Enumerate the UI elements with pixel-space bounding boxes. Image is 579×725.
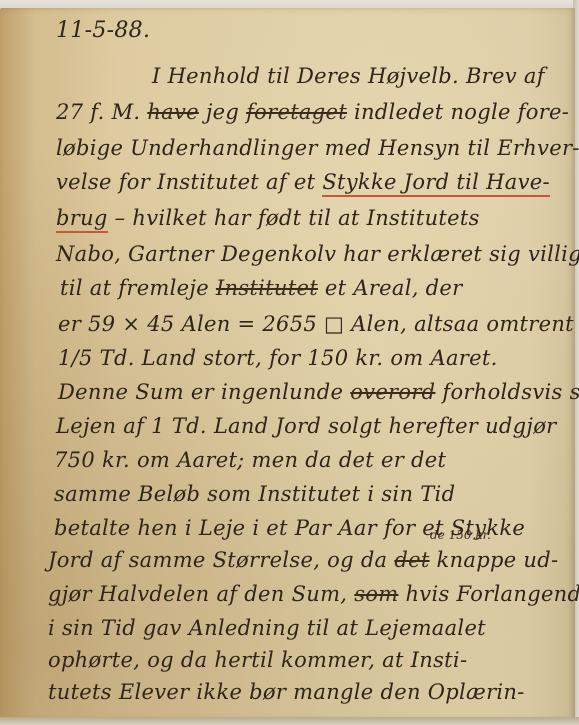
line-text: gjør Halvdelen af den Sum,	[48, 582, 354, 606]
text-line-10: Denne Sum er ingenlunde overord forholds…	[58, 380, 579, 404]
text-line-3: løbige Underhandlinger med Hensyn til Er…	[56, 136, 579, 160]
line-text: jeg	[199, 100, 246, 124]
line-text: indledet nogle fore-	[347, 100, 569, 124]
line-text: 750 kr. om Aaret; men da det er det	[54, 448, 446, 472]
text-line-6: Nabo, Gartner Degenkolv har erklæret sig…	[56, 242, 579, 266]
text-line-8: er 59 × 45 Alen = 2655 □ Alen, altsaa om…	[58, 312, 574, 336]
text-line-1: I Henhold til Deres Højvelb. Brev af	[152, 64, 545, 88]
struck-word: foretaget	[246, 100, 347, 124]
line-text: et Areal, der	[318, 276, 463, 300]
text-line-11: Lejen af 1 Td. Land Jord solgt herefter …	[56, 414, 557, 438]
line-text: samme Beløb som Institutet i sin Tid	[54, 482, 455, 506]
line-text: velse for Institutet af et	[56, 170, 322, 194]
text-line-9: 1/5 Td. Land stort, for 150 kr. om Aaret…	[58, 346, 498, 370]
red-underlined-phrase: brug	[56, 206, 108, 233]
line-text: 27 f. M.	[56, 100, 147, 124]
manuscript-page: 11-5-88. I Henhold til Deres Højvelb. Br…	[0, 8, 575, 720]
line-text: Lejen af 1 Td. Land Jord solgt herefter …	[56, 414, 557, 438]
line-text: Jord af samme Størrelse, og da	[48, 548, 394, 572]
text-line-17: i sin Tid gav Anledning til at Lejemaale…	[48, 616, 486, 640]
line-text: forholdsvis stor,	[435, 380, 579, 404]
line-text: Nabo, Gartner Degenkolv har erklæret sig…	[56, 242, 579, 266]
line-text: i sin Tid gav Anledning til at Lejemaale…	[48, 616, 486, 640]
line-text: løbige Underhandlinger med Hensyn til Er…	[56, 136, 579, 160]
red-underlined-phrase: Stykke Jord til Have-	[322, 170, 550, 197]
text-line-19: tutets Elever ikke bør mangle den Oplæri…	[48, 680, 525, 704]
text-line-15: Jord af samme Størrelse, og da det knapp…	[48, 548, 558, 572]
text-line-7: til at fremleje Institutet et Areal, der	[60, 276, 462, 300]
struck-word: Institutet	[216, 276, 318, 300]
struck-word: som	[354, 582, 398, 606]
line-text: 1/5 Td. Land stort, for 150 kr. om Aaret…	[58, 346, 498, 370]
line-text: tutets Elever ikke bør mangle den Oplæri…	[48, 680, 525, 704]
line-text: knappe ud-	[430, 548, 559, 572]
text-line-12: 750 kr. om Aaret; men da det er det	[54, 448, 446, 472]
text-line-4: velse for Institutet af et Stykke Jord t…	[56, 170, 550, 194]
line-text: er 59 × 45 Alen = 2655 □ Alen, altsaa om…	[58, 312, 574, 336]
text-line-18: ophørte, og da hertil kommer, at Insti-	[48, 648, 467, 672]
text-line-13: samme Beløb som Institutet i sin Tid	[54, 482, 455, 506]
line-text: hvis Forlangende	[399, 582, 579, 606]
interlinear-insertion: de 150 kr.	[430, 528, 491, 542]
text-line-5: brug – hvilket har født til at Institute…	[56, 206, 480, 230]
date-heading: 11-5-88.	[56, 18, 150, 43]
struck-word: have	[147, 100, 199, 124]
line-text: – hvilket har født til at Institutets	[108, 206, 480, 230]
line-text: Denne Sum er ingenlunde	[58, 380, 350, 404]
line-text: til at fremleje	[60, 276, 216, 300]
struck-word: det	[394, 548, 429, 572]
text-line-2: 27 f. M. have jeg foretaget indledet nog…	[56, 100, 569, 124]
line-text: ophørte, og da hertil kommer, at Insti-	[48, 648, 467, 672]
text-line-16: gjør Halvdelen af den Sum, som hvis Forl…	[48, 582, 579, 606]
line-text: I Henhold til Deres Højvelb. Brev af	[152, 64, 545, 88]
struck-word: overord	[350, 380, 435, 404]
scan-bottom-border	[0, 717, 579, 725]
